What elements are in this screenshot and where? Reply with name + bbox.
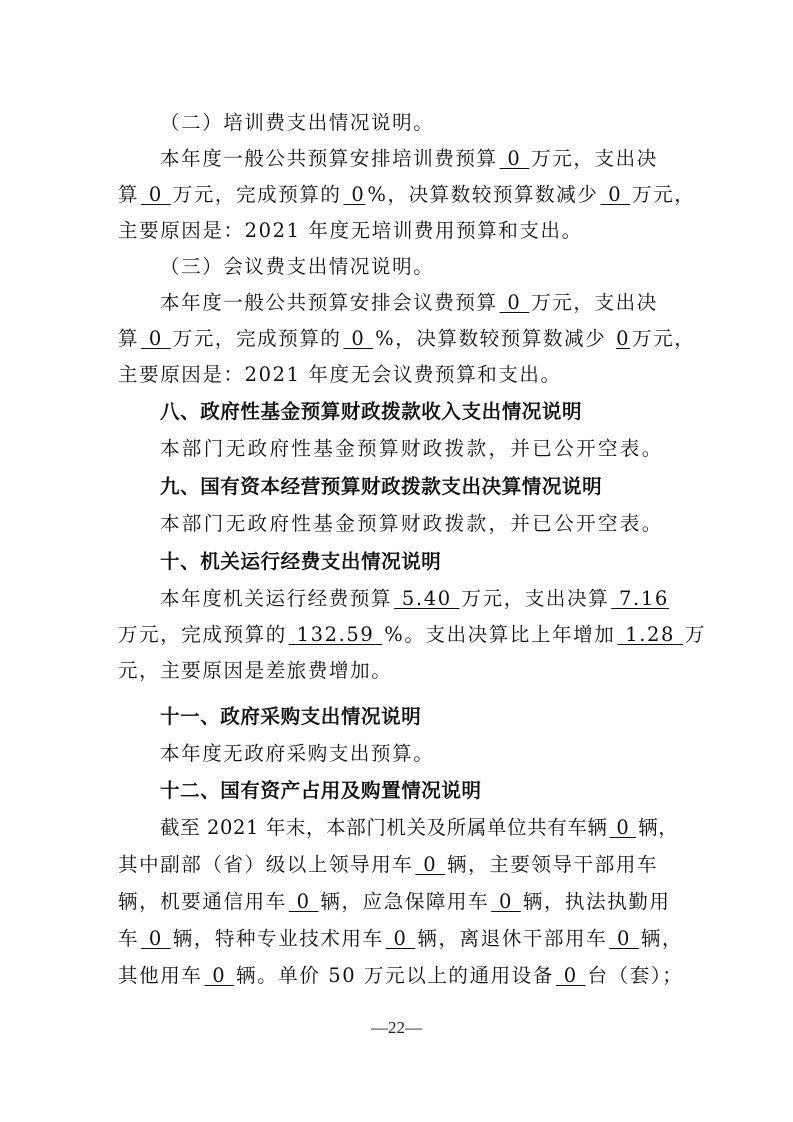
text: 辆，离退休干部用车 bbox=[417, 927, 607, 950]
text: 元，主要原因是差旅费增加。 bbox=[118, 659, 392, 682]
emergency-vehicles-value: 0 bbox=[489, 890, 523, 913]
gov-fund-heading: 八、政府性基金预算财政拨款收入支出情况说明 bbox=[160, 397, 680, 427]
assets-paragraph-line-1: 截至 2021 年末，本部门机关及所属单位共有车辆 0 辆， bbox=[160, 813, 680, 843]
text: 本部门无政府性基金预算财政拨款，并已公开空表。 bbox=[160, 512, 664, 535]
text: 万元，支出决 bbox=[531, 291, 658, 314]
law-vehicles-value: 0 bbox=[139, 927, 173, 950]
meeting-diff-value: 0 bbox=[614, 327, 632, 350]
gov-fund-paragraph: 本部门无政府性基金预算财政拨款，并已公开空表。 bbox=[160, 434, 680, 464]
assets-paragraph-line-2: 其中副部（省）级以上领导用车 0 辆，主要领导干部用车 bbox=[118, 850, 678, 880]
training-paragraph-line-1: 本年度一般公共预算安排培训费预算 0 万元，支出决 bbox=[160, 144, 680, 174]
text: 万元，完成预算的 bbox=[118, 623, 287, 646]
procurement-heading: 十一、政府采购支出情况说明 bbox=[160, 702, 680, 732]
heading-text: 十二、国有资产占用及购置情况说明 bbox=[160, 779, 482, 802]
leader-vehicles-value: 0 bbox=[413, 853, 447, 876]
text: 算 bbox=[118, 327, 139, 350]
operating-budget-value: 5.40 bbox=[392, 587, 461, 610]
text: 辆，执法执勤用 bbox=[523, 890, 671, 913]
text: 车 bbox=[118, 927, 139, 950]
text: 万元， bbox=[632, 183, 695, 206]
text: 其他用车 bbox=[118, 964, 202, 987]
meeting-paragraph-line-2: 算 0 万元，完成预算的 0 %，决算数较预算数减少 0万元， bbox=[118, 324, 678, 354]
text: 台（套）； bbox=[588, 964, 684, 987]
text: 其中副部（省）级以上领导用车 bbox=[118, 853, 413, 876]
text: 辆。单价 50 万元以上的通用设备 bbox=[236, 964, 554, 987]
assets-paragraph-line-5: 其他用车 0 辆。单价 50 万元以上的通用设备 0 台（套）； bbox=[118, 961, 678, 991]
procurement-paragraph: 本年度无政府采购支出预算。 bbox=[160, 739, 680, 769]
text: 辆，机要通信用车 bbox=[118, 890, 287, 913]
retired-vehicles-value: 0 bbox=[607, 927, 641, 950]
heading-text: 十一、政府采购支出情况说明 bbox=[160, 705, 421, 728]
training-paragraph-line-3: 主要原因是：2021 年度无培训费用预算和支出。 bbox=[118, 216, 678, 246]
meeting-budget-value: 0 bbox=[498, 291, 532, 314]
text: 算 bbox=[118, 183, 139, 206]
meeting-actual-value: 0 bbox=[139, 327, 173, 350]
state-capital-heading: 九、国有资本经营预算财政拨款支出决算情况说明 bbox=[160, 472, 680, 502]
operating-paragraph-line-2: 万元，完成预算的 132.59 %。支出决算比上年增加 1.28 万 bbox=[118, 620, 678, 650]
text: 辆，应急保障用车 bbox=[320, 890, 489, 913]
text: 本年度无政府采购支出预算。 bbox=[160, 742, 434, 765]
heading-text: 八、政府性基金预算财政拨款收入支出情况说明 bbox=[160, 400, 582, 423]
page-number: —22— bbox=[0, 1018, 793, 1038]
text: 本部门无政府性基金预算财政拨款，并已公开空表。 bbox=[160, 437, 664, 460]
training-actual-value: 0 bbox=[139, 183, 173, 206]
training-completion-pct: 0 bbox=[342, 183, 368, 206]
text: %，决算数较预算数减少 bbox=[367, 183, 598, 206]
text: 万元，完成预算的 bbox=[173, 327, 342, 350]
text: 辆， bbox=[638, 816, 678, 839]
text: 辆， bbox=[641, 927, 683, 950]
text: 主要原因是：2021 年度无培训费用预算和支出。 bbox=[118, 219, 583, 242]
training-paragraph-line-2: 算 0 万元，完成预算的 0%，决算数较预算数减少 0 万元， bbox=[118, 180, 678, 210]
text: 万 bbox=[685, 623, 706, 646]
heading-text: 十、机关运行经费支出情况说明 bbox=[160, 550, 441, 573]
training-diff-value: 0 bbox=[598, 183, 632, 206]
comm-vehicles-value: 0 bbox=[287, 890, 321, 913]
operating-cost-heading: 十、机关运行经费支出情况说明 bbox=[160, 547, 680, 577]
special-vehicles-value: 0 bbox=[384, 927, 418, 950]
assets-paragraph-line-4: 车 0 辆，特种专业技术用车 0 辆，离退休干部用车 0 辆， bbox=[118, 924, 678, 954]
title-text: （二）培训费支出情况说明。 bbox=[160, 111, 434, 134]
text: 辆，特种专业技术用车 bbox=[173, 927, 384, 950]
document-page: （二）培训费支出情况说明。 本年度一般公共预算安排培训费预算 0 万元，支出决 … bbox=[0, 0, 793, 1122]
text: %，决算数较预算数减少 bbox=[375, 327, 614, 350]
text: 本年度一般公共预算安排培训费预算 bbox=[160, 147, 498, 170]
text: 万元， bbox=[632, 327, 695, 350]
meeting-completion-pct: 0 bbox=[342, 327, 376, 350]
text: 本年度机关运行经费预算 bbox=[160, 587, 392, 610]
training-budget-value: 0 bbox=[498, 147, 532, 170]
operating-actual-value: 7.16 bbox=[609, 587, 671, 610]
operating-paragraph-line-3: 元，主要原因是差旅费增加。 bbox=[118, 656, 678, 686]
text: 万元，完成预算的 bbox=[173, 183, 342, 206]
text: 截至 2021 年末，本部门机关及所属单位共有车辆 bbox=[160, 816, 608, 839]
total-vehicles-value: 0 bbox=[608, 816, 639, 839]
title-text: （三）会议费支出情况说明。 bbox=[160, 255, 434, 278]
training-section-title: （二）培训费支出情况说明。 bbox=[160, 108, 680, 138]
meeting-section-title: （三）会议费支出情况说明。 bbox=[160, 252, 680, 282]
meeting-paragraph-line-3: 主要原因是：2021 年度无会议费预算和支出。 bbox=[118, 360, 678, 390]
assets-heading: 十二、国有资产占用及购置情况说明 bbox=[160, 776, 680, 806]
heading-text: 九、国有资本经营预算财政拨款支出决算情况说明 bbox=[160, 475, 602, 498]
operating-paragraph-line-1: 本年度机关运行经费预算 5.40 万元，支出决算 7.16 bbox=[160, 584, 680, 614]
meeting-paragraph-line-1: 本年度一般公共预算安排会议费预算 0 万元，支出决 bbox=[160, 288, 680, 318]
operating-increase-value: 1.28 bbox=[615, 623, 684, 646]
text: %。支出决算比上年增加 bbox=[384, 623, 615, 646]
operating-completion-pct: 132.59 bbox=[287, 623, 384, 646]
text: 主要原因是：2021 年度无会议费预算和支出。 bbox=[118, 363, 562, 386]
text: 辆，主要领导干部用车 bbox=[447, 853, 658, 876]
text: 万元，支出决算 bbox=[462, 587, 610, 610]
state-capital-paragraph: 本部门无政府性基金预算财政拨款，并已公开空表。 bbox=[160, 509, 680, 539]
assets-paragraph-line-3: 辆，机要通信用车 0 辆，应急保障用车 0 辆，执法执勤用 bbox=[118, 887, 678, 917]
text: 万元，支出决 bbox=[531, 147, 658, 170]
text: 本年度一般公共预算安排会议费预算 bbox=[160, 291, 498, 314]
equipment-count-value: 0 bbox=[554, 964, 588, 987]
other-vehicles-value: 0 bbox=[202, 964, 236, 987]
